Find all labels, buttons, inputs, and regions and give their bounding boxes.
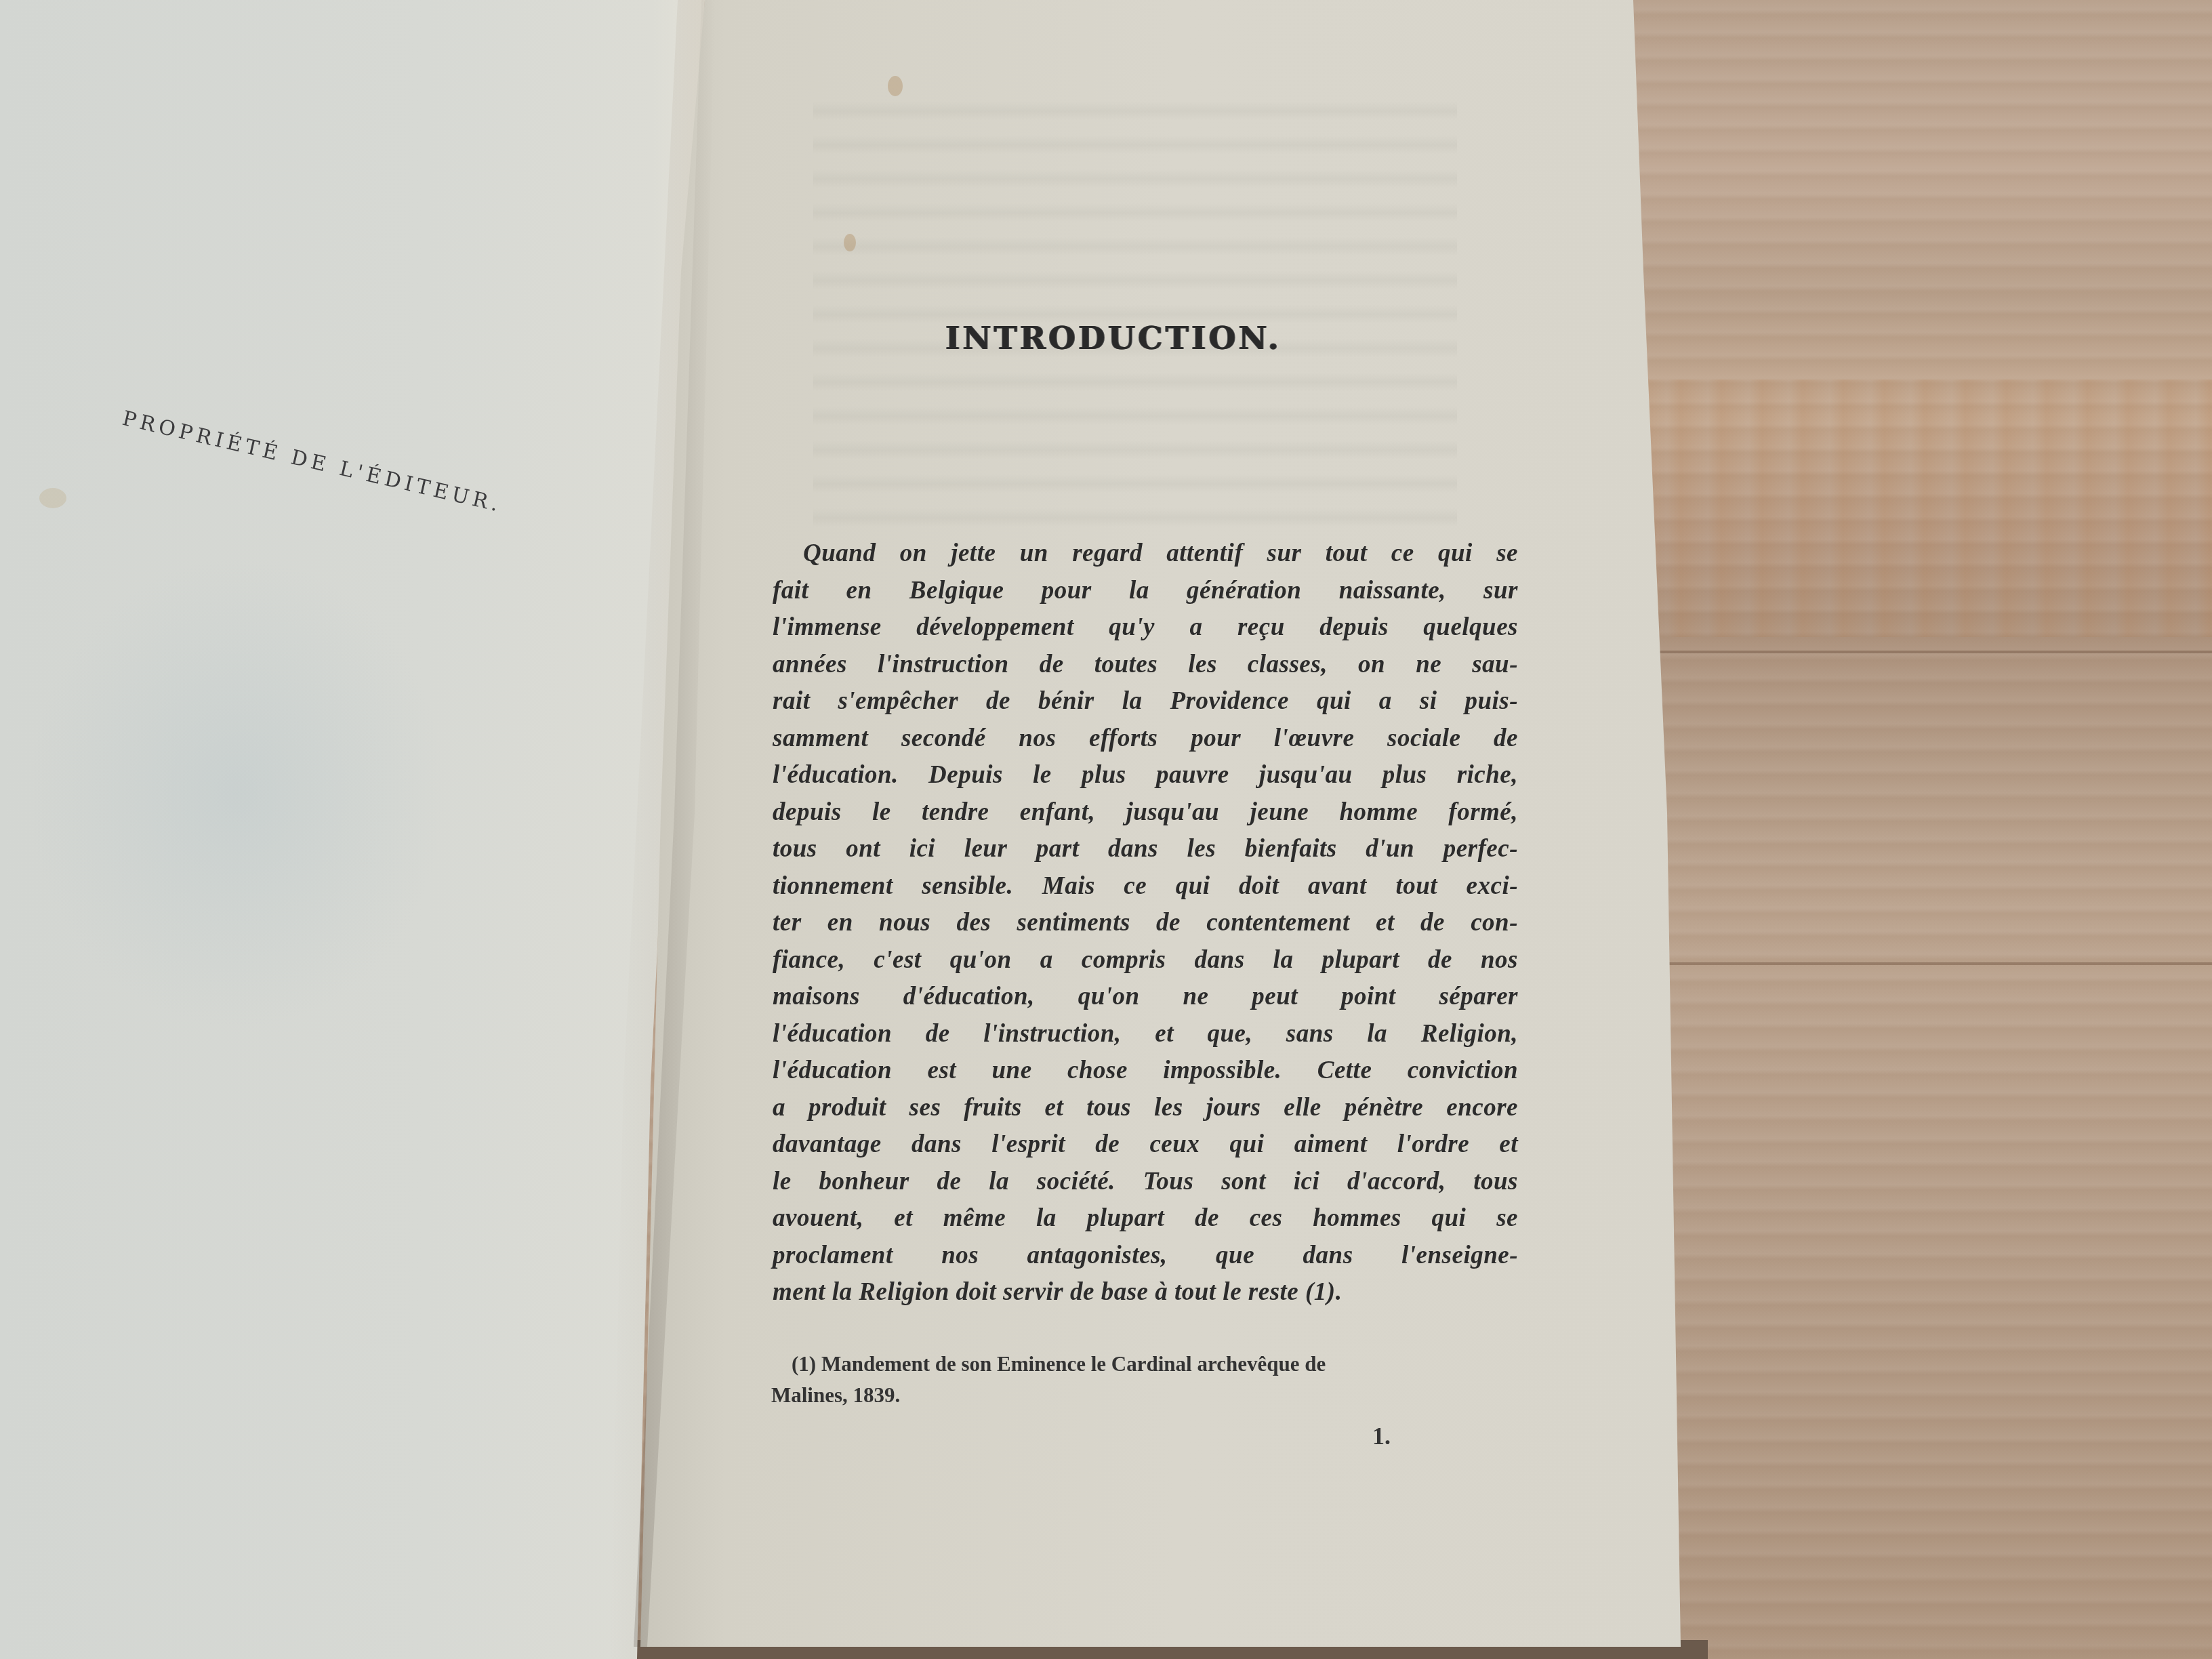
foxing-stain [39, 488, 66, 508]
foxing-stain [888, 76, 903, 96]
text-line: proclament nos antagonistes, que dans l'… [773, 1237, 1518, 1275]
text-line: Quand on jette un regard attentif sur to… [773, 535, 1518, 573]
footnote: (1) Mandement de son Eminence le Cardina… [771, 1349, 1523, 1411]
text-line: davantage dans l'esprit de ceux qui aime… [773, 1126, 1518, 1164]
text-line: ter en nous des sentiments de contenteme… [773, 905, 1518, 942]
text-line: le bonheur de la société. Tous sont ici … [773, 1164, 1518, 1201]
text-line: l'éducation. Depuis le plus pauvre jusqu… [773, 757, 1518, 794]
text-line: avouent, et même la plupart de ces homme… [773, 1200, 1518, 1237]
text-line: fiance, c'est qu'on a compris dans la pl… [773, 942, 1518, 979]
text-line: tous ont ici leur part dans les bienfait… [773, 831, 1518, 868]
text-line: samment secondé nos efforts pour l'œuvre… [773, 720, 1518, 758]
text-line: maisons d'éducation, qu'on ne peut point… [773, 979, 1518, 1016]
footnote-line: (1) Mandement de son Eminence le Cardina… [771, 1349, 1523, 1380]
text-line: fait en Belgique pour la génération nais… [773, 573, 1518, 610]
text-line: l'immense développement qu'y a reçu depu… [773, 609, 1518, 647]
text-line: a produit ses fruits et tous les jours e… [773, 1090, 1518, 1127]
introduction-paragraph: Quand on jette un regard attentif sur to… [773, 535, 1518, 1311]
text-line: l'éducation de l'instruction, et que, sa… [773, 1016, 1518, 1053]
wood-plank-seam [1613, 651, 2212, 653]
signature-mark: 1. [1372, 1422, 1391, 1450]
show-through-illustration [27, 556, 447, 1030]
foxing-stain [844, 234, 856, 251]
text-line: depuis le tendre enfant, jusqu'au jeune … [773, 794, 1518, 832]
text-line: tionnement sensible. Mais ce qui doit av… [773, 868, 1518, 905]
wood-grain-band [1626, 380, 2212, 637]
text-line: ment la Religion doit servir de base à t… [773, 1274, 1518, 1311]
text-line: l'éducation est une chose impossible. Ce… [773, 1052, 1518, 1090]
text-line: rait s'empêcher de bénir la Providence q… [773, 683, 1518, 720]
footnote-line: Malines, 1839. [771, 1380, 1523, 1411]
wood-plank-seam [1613, 962, 2212, 965]
text-line: années l'instruction de toutes les class… [773, 647, 1518, 684]
page-title: INTRODUCTION. [945, 320, 1282, 356]
